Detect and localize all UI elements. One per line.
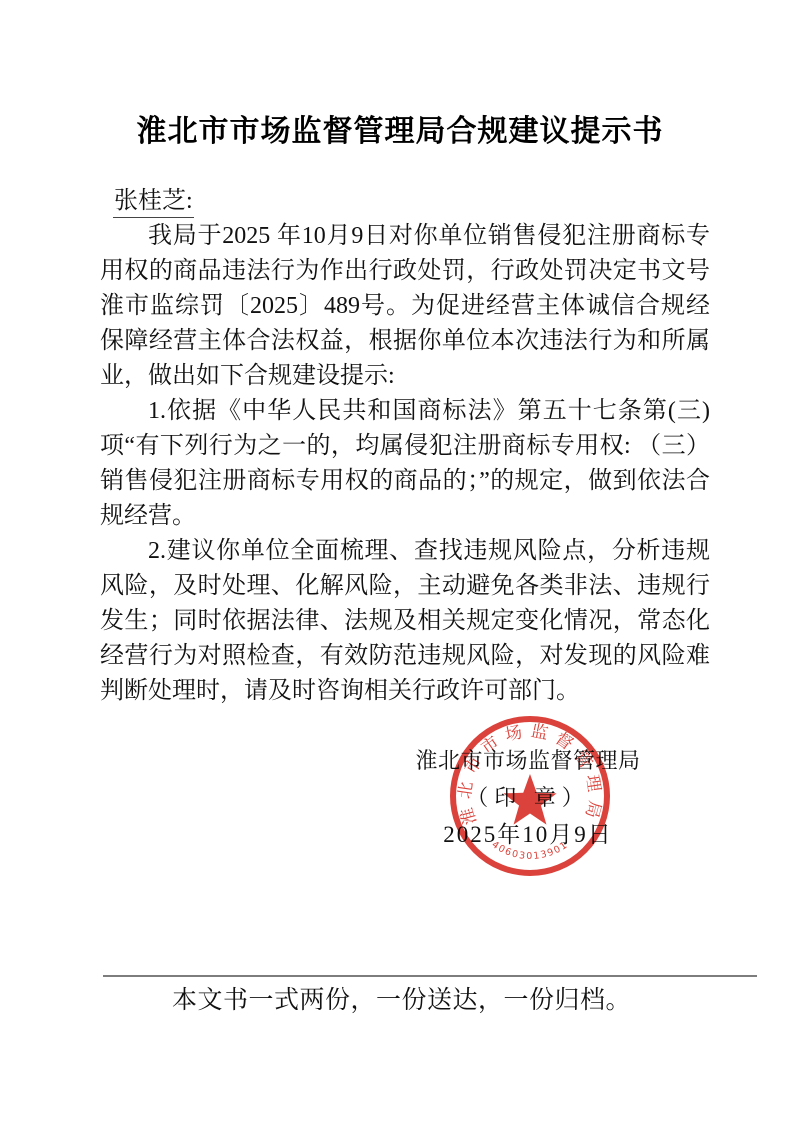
footer-note: 本文书一式两份，一份送达，一份归档。 bbox=[172, 980, 631, 1016]
official-seal-icon: 淮北市市场监督管理局 3406030139010 bbox=[444, 710, 616, 882]
seal-star-icon bbox=[503, 774, 556, 825]
body-line: 我局于2025 年10月9日对你单位销售侵犯注册商标专 bbox=[100, 219, 710, 254]
document-body: 我局于2025 年10月9日对你单位销售侵犯注册商标专 用权的商品违法行为作出行… bbox=[100, 219, 710, 709]
body-line: 风险，及时处理、化解风险，主动避免各类非法、违规行为 bbox=[100, 569, 710, 604]
body-line: 销售侵犯注册商标专用权的商品的；”的规定，做到依法合 bbox=[100, 464, 710, 499]
body-line: 发生；同时依据法律、法规及相关规定变化情况，常态化对 bbox=[100, 604, 710, 639]
body-line: 经营行为对照检查，有效防范违规风险，对发现的风险难以 bbox=[100, 639, 710, 674]
body-line: 判断处理时，请及时咨询相关行政许可部门。 bbox=[100, 674, 710, 709]
body-line: 1.依据《中华人民共和国商标法》第五十七条第(三) bbox=[100, 394, 710, 429]
body-line: 规经营。 bbox=[100, 499, 710, 534]
salutation: 张桂芝: bbox=[113, 180, 194, 218]
body-line: 用权的商品违法行为作出行政处罚，行政处罚决定书文号为 bbox=[100, 254, 710, 289]
footer-divider bbox=[103, 975, 757, 977]
body-line: 业，做出如下合规建设提示: bbox=[100, 359, 710, 394]
body-line: 淮市监综罚〔2025〕489号。为促进经营主体诚信合规经营， bbox=[100, 289, 710, 324]
document-page: 淮北市市场监督管理局合规建议提示书 张桂芝: 我局于2025 年10月9日对你单… bbox=[0, 0, 800, 1132]
body-line: 2.建议你单位全面梳理、查找违规风险点，分析违规 bbox=[100, 534, 710, 569]
body-line: 保障经营主体合法权益，根据你单位本次违法行为和所属行 bbox=[100, 324, 710, 359]
document-title: 淮北市市场监督管理局合规建议提示书 bbox=[0, 106, 800, 150]
recipient-name: 张桂芝: bbox=[113, 180, 194, 218]
body-line: 项“有下列行为之一的，均属侵犯注册商标专用权: （三） bbox=[100, 429, 710, 464]
